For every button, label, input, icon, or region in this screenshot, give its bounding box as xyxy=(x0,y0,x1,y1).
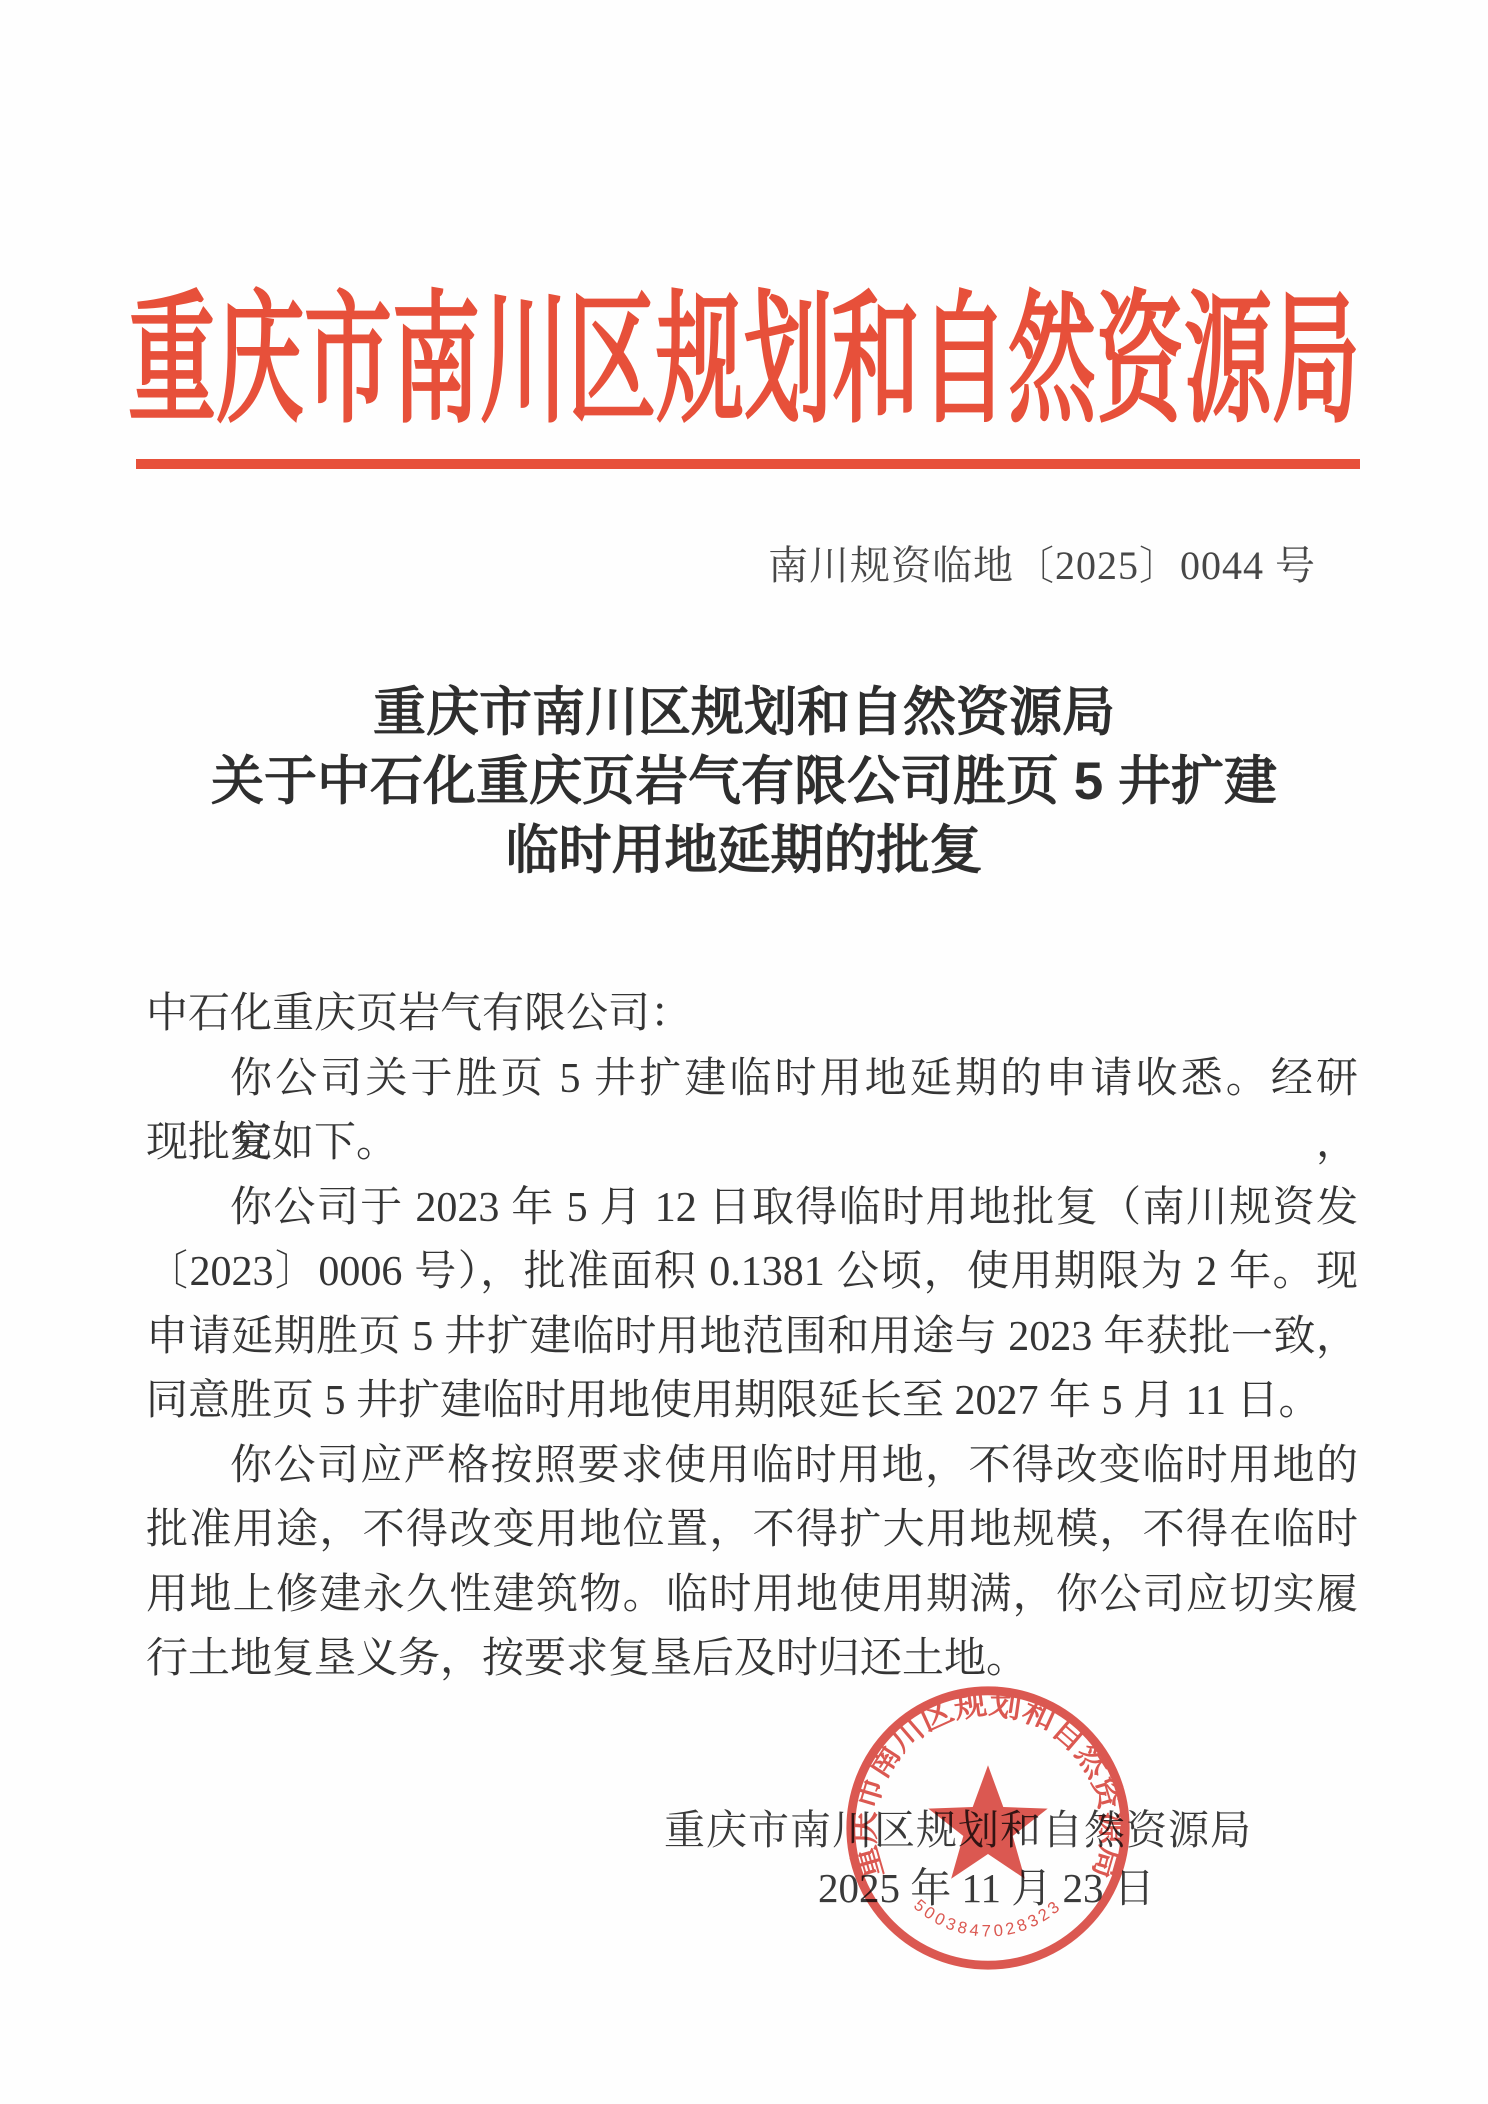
letter-body: 中石化重庆页岩气有限公司： 你公司关于胜页 5 井扩建临时用地延期的申请收悉。经… xyxy=(146,982,1358,1692)
body-line: 同意胜页 5 井扩建临时用地使用期限延长至 2027 年 5 月 11 日。 xyxy=(146,1369,1358,1434)
title-line-1: 重庆市南川区规划和自然资源局 xyxy=(74,678,1414,747)
body-line: 批准用途，不得改变用地位置，不得扩大用地规模，不得在临时 xyxy=(146,1498,1358,1563)
document-page: 重庆市南川区规划和自然资源局 南川规资临地〔2025〕0044 号 重庆市南川区… xyxy=(0,0,1488,2104)
star-icon xyxy=(928,1765,1047,1878)
body-line: 〔2023〕0006 号），批准面积 0.1381 公顷，使用期限为 2 年。现 xyxy=(146,1240,1358,1305)
body-line: 行土地复垦义务，按要求复垦后及时归还土地。 xyxy=(146,1627,1358,1692)
document-title: 重庆市南川区规划和自然资源局 关于中石化重庆页岩气有限公司胜页 5 井扩建 临时… xyxy=(74,678,1414,885)
body-line: 申请延期胜页 5 井扩建临时用地范围和用途与 2023 年获批一致， xyxy=(146,1305,1358,1370)
seal-code: 5003847028323 xyxy=(910,1895,1066,1940)
body-line: 你公司关于胜页 5 井扩建临时用地延期的申请收悉。经研究， xyxy=(146,1047,1358,1112)
body-line: 用地上修建永久性建筑物。临时用地使用期满，你公司应切实履 xyxy=(146,1563,1358,1628)
body-line: 你公司于 2023 年 5 月 12 日取得临时用地批复（南川规资发 xyxy=(146,1176,1358,1241)
letterhead-agency-name: 重庆市南川区规划和自然资源局 xyxy=(50,286,1438,435)
title-line-2: 关于中石化重庆页岩气有限公司胜页 5 井扩建 xyxy=(74,747,1414,816)
title-line-3: 临时用地延期的批复 xyxy=(74,816,1414,885)
document-number: 南川规资临地〔2025〕0044 号 xyxy=(768,534,1316,591)
official-seal: 重庆市南川区规划和自然资源局 5003847028323 xyxy=(841,1681,1135,1975)
body-line: 你公司应严格按照要求使用临时用地，不得改变临时用地的 xyxy=(146,1434,1358,1499)
letterhead-divider xyxy=(136,459,1360,469)
official-seal-graphic: 重庆市南川区规划和自然资源局 5003847028323 xyxy=(841,1681,1135,1975)
salutation-line: 中石化重庆页岩气有限公司： xyxy=(146,982,1358,1047)
